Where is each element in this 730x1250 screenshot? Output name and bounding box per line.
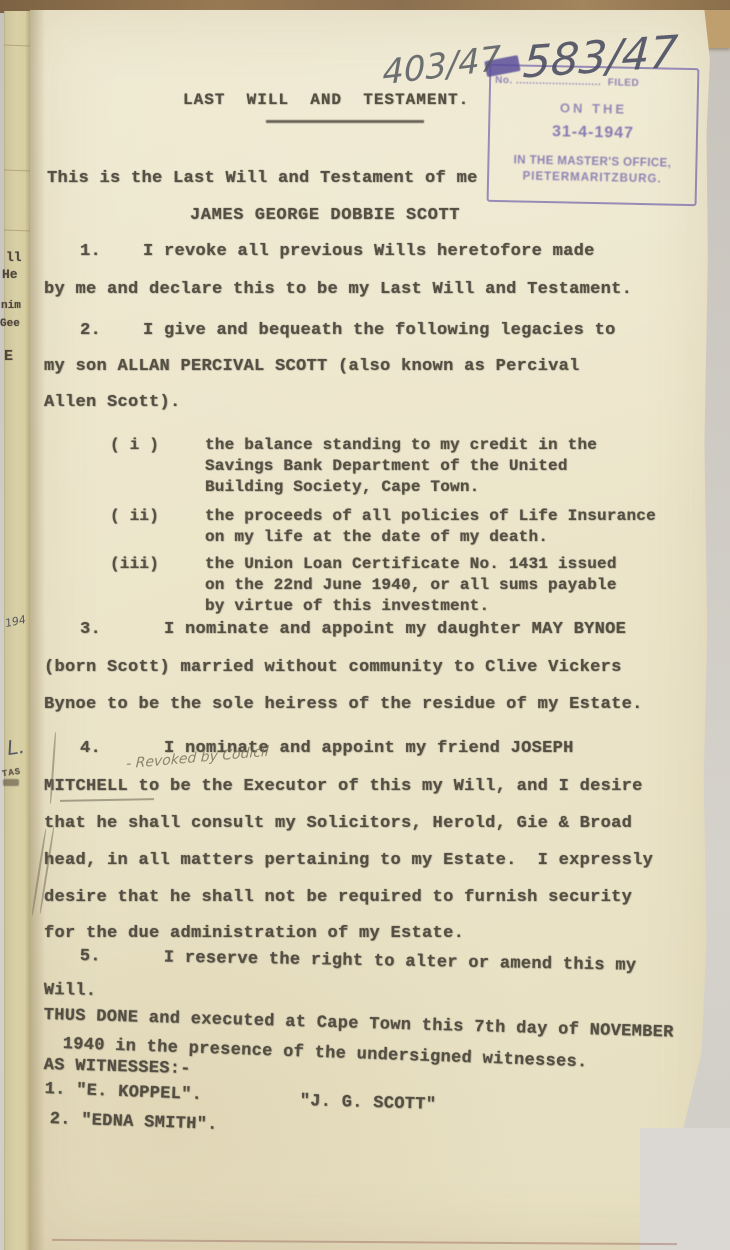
closing-line: AS WITNESSES:- [44,1057,191,1078]
margin-text-fragment: Gee [0,318,20,330]
witness2-line: 2. "EDNA SMITH". [49,1111,218,1134]
item-i-line: Building Society, Cape Town. [205,479,479,495]
clause4-line: that he shall consult my Solicitors, Her… [44,815,632,832]
item-iii-line: by virtue of this investment. [205,598,489,614]
margin-text-fragment: E [4,348,13,365]
clause2-line: 2. I give and bequeath the following leg… [80,322,616,339]
margin-text-fragment: ll [6,250,22,265]
ink-smudge [3,779,19,786]
closing-line: THUS DONE and executed at Cape Town this… [44,1007,674,1042]
document-title: LAST WILL AND TESTAMENT. [183,92,469,108]
gutter-shadow [30,10,45,1250]
item-ii-line: the proceeds of all policies of Life Ins… [205,508,656,524]
item-i-line: Savings Bank Department of the United [205,458,568,474]
title-underline [266,120,424,123]
stamp-date: 31-4-1947 [490,122,696,144]
clause5-line: Will. [44,982,97,1000]
testator-signature: "J. G. SCOTT" [300,1093,437,1114]
clause5-line: 5. I reserve the right to alter or amend… [80,948,637,975]
intro-line: This is the Last Will and Testament of m… [47,170,478,187]
item-iii-label: (iii) [110,556,159,572]
item-ii-line: on my life at the date of my death. [205,529,548,545]
clause1-line: 1. I revoke all previous Wills heretofor… [80,243,595,260]
stamp-on-the: ON THE [490,99,696,118]
stamp-office-line: IN THE MASTER'S OFFICE, [489,154,695,170]
will-page: LAST WILL AND TESTAMENT. This is the Las… [30,10,714,1250]
clause3-line: 3. I nominate and appoint my daughter MA… [80,621,626,638]
witness1-line: 1. "E. KOPPEL". [44,1081,202,1104]
testator-name: JAMES GEORGE DOBBIE SCOTT [190,207,460,224]
clause3-line: (born Scott) married without community t… [44,659,622,676]
clause2-line: my son ALLAN PERCIVAL SCOTT (also known … [44,358,580,375]
item-iii-line: the Union Loan Certificate No. 1431 issu… [205,556,617,572]
clause1-line: by me and declare this to be my Last Wil… [44,281,632,298]
clause3-line: Bynoe to be the sole heiress of the resi… [44,696,643,713]
stamp-city-line: PIETERMARITZBURG. [489,170,695,186]
margin-text-fragment: nim [1,300,21,312]
background-surface [640,1128,730,1250]
item-i-label: ( i ) [110,437,159,453]
clause4-line: desire that he shall not be required to … [44,889,632,906]
item-i-line: the balance standing to my credit in the [205,437,597,453]
masters-office-stamp: No. .......................... FILED ON … [487,64,700,206]
clause4-line: MITCHELL to be the Executor of this my W… [44,778,643,795]
clause4-line: for the due administration of my Estate. [44,925,464,942]
handwritten-file-number: 403/47 [382,39,501,94]
item-ii-label: ( ii) [110,508,159,524]
item-iii-line: on the 22nd June 1940, or all sums payab… [205,577,617,593]
clause4-line: head, in all matters pertaining to my Es… [44,852,653,869]
pencil-underline [60,798,154,801]
document-scan: ll He nim Gee E 194 L. TAS LAST WILL AND… [0,0,730,1250]
margin-handwriting: L. [5,734,26,760]
margin-text-fragment: He [2,267,18,282]
clause2-line: Allen Scott). [44,394,181,411]
